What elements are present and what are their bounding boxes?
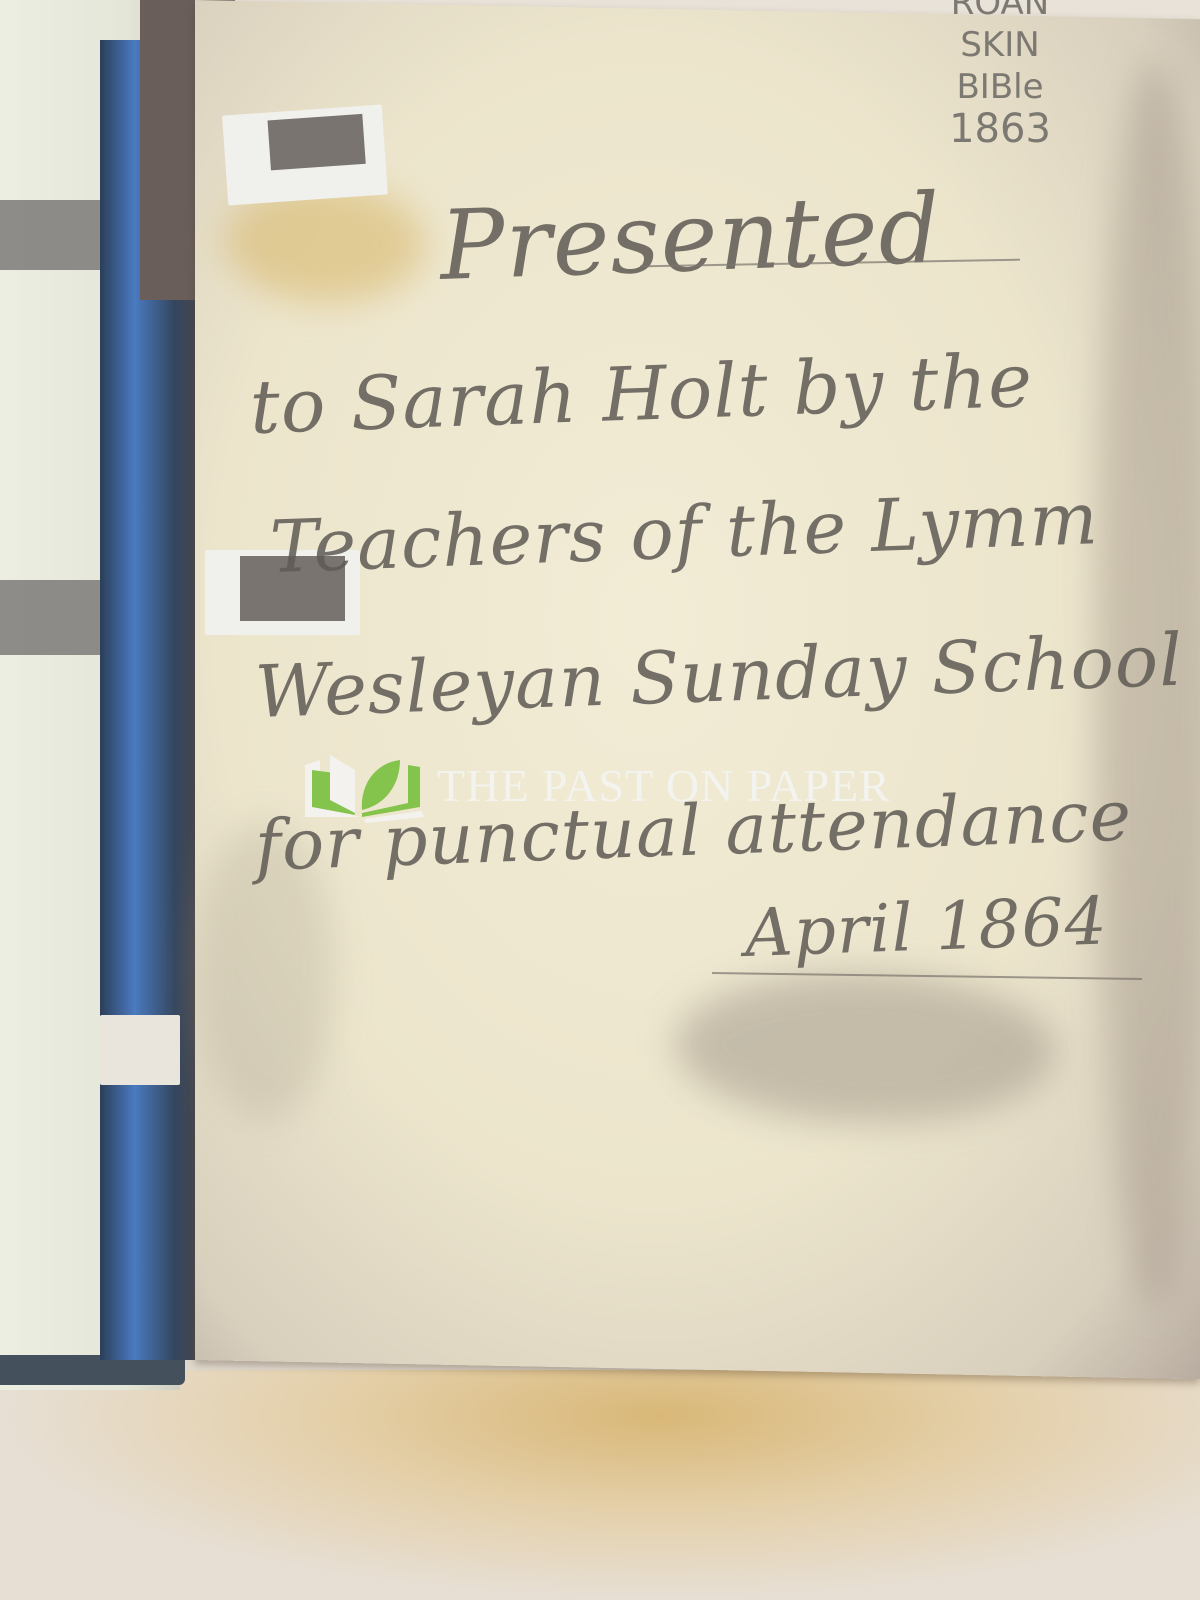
torn-page-strip — [0, 580, 110, 655]
watermark-text: THE PAST ON PAPER — [437, 759, 891, 812]
pencil-note-line: BIBle — [905, 66, 1095, 108]
torn-page-strip — [0, 200, 110, 270]
inscription-line: Presented — [438, 173, 943, 302]
pencil-note: ROAN SKIN BIBle 1863 — [905, 0, 1095, 150]
tablecloth-background — [0, 1370, 1200, 1600]
pencil-note-line: SKIN — [905, 24, 1095, 66]
page-tab-bottom — [100, 1015, 180, 1085]
pencil-note-line: ROAN — [905, 0, 1095, 24]
open-book-leaf-icon — [300, 745, 425, 825]
inscription-date: April 1864 — [744, 882, 1109, 972]
page-tab-top — [222, 105, 388, 206]
grime-stain — [675, 969, 1055, 1126]
pencil-note-line: 1863 — [905, 108, 1095, 150]
watermark: THE PAST ON PAPER — [300, 745, 891, 825]
